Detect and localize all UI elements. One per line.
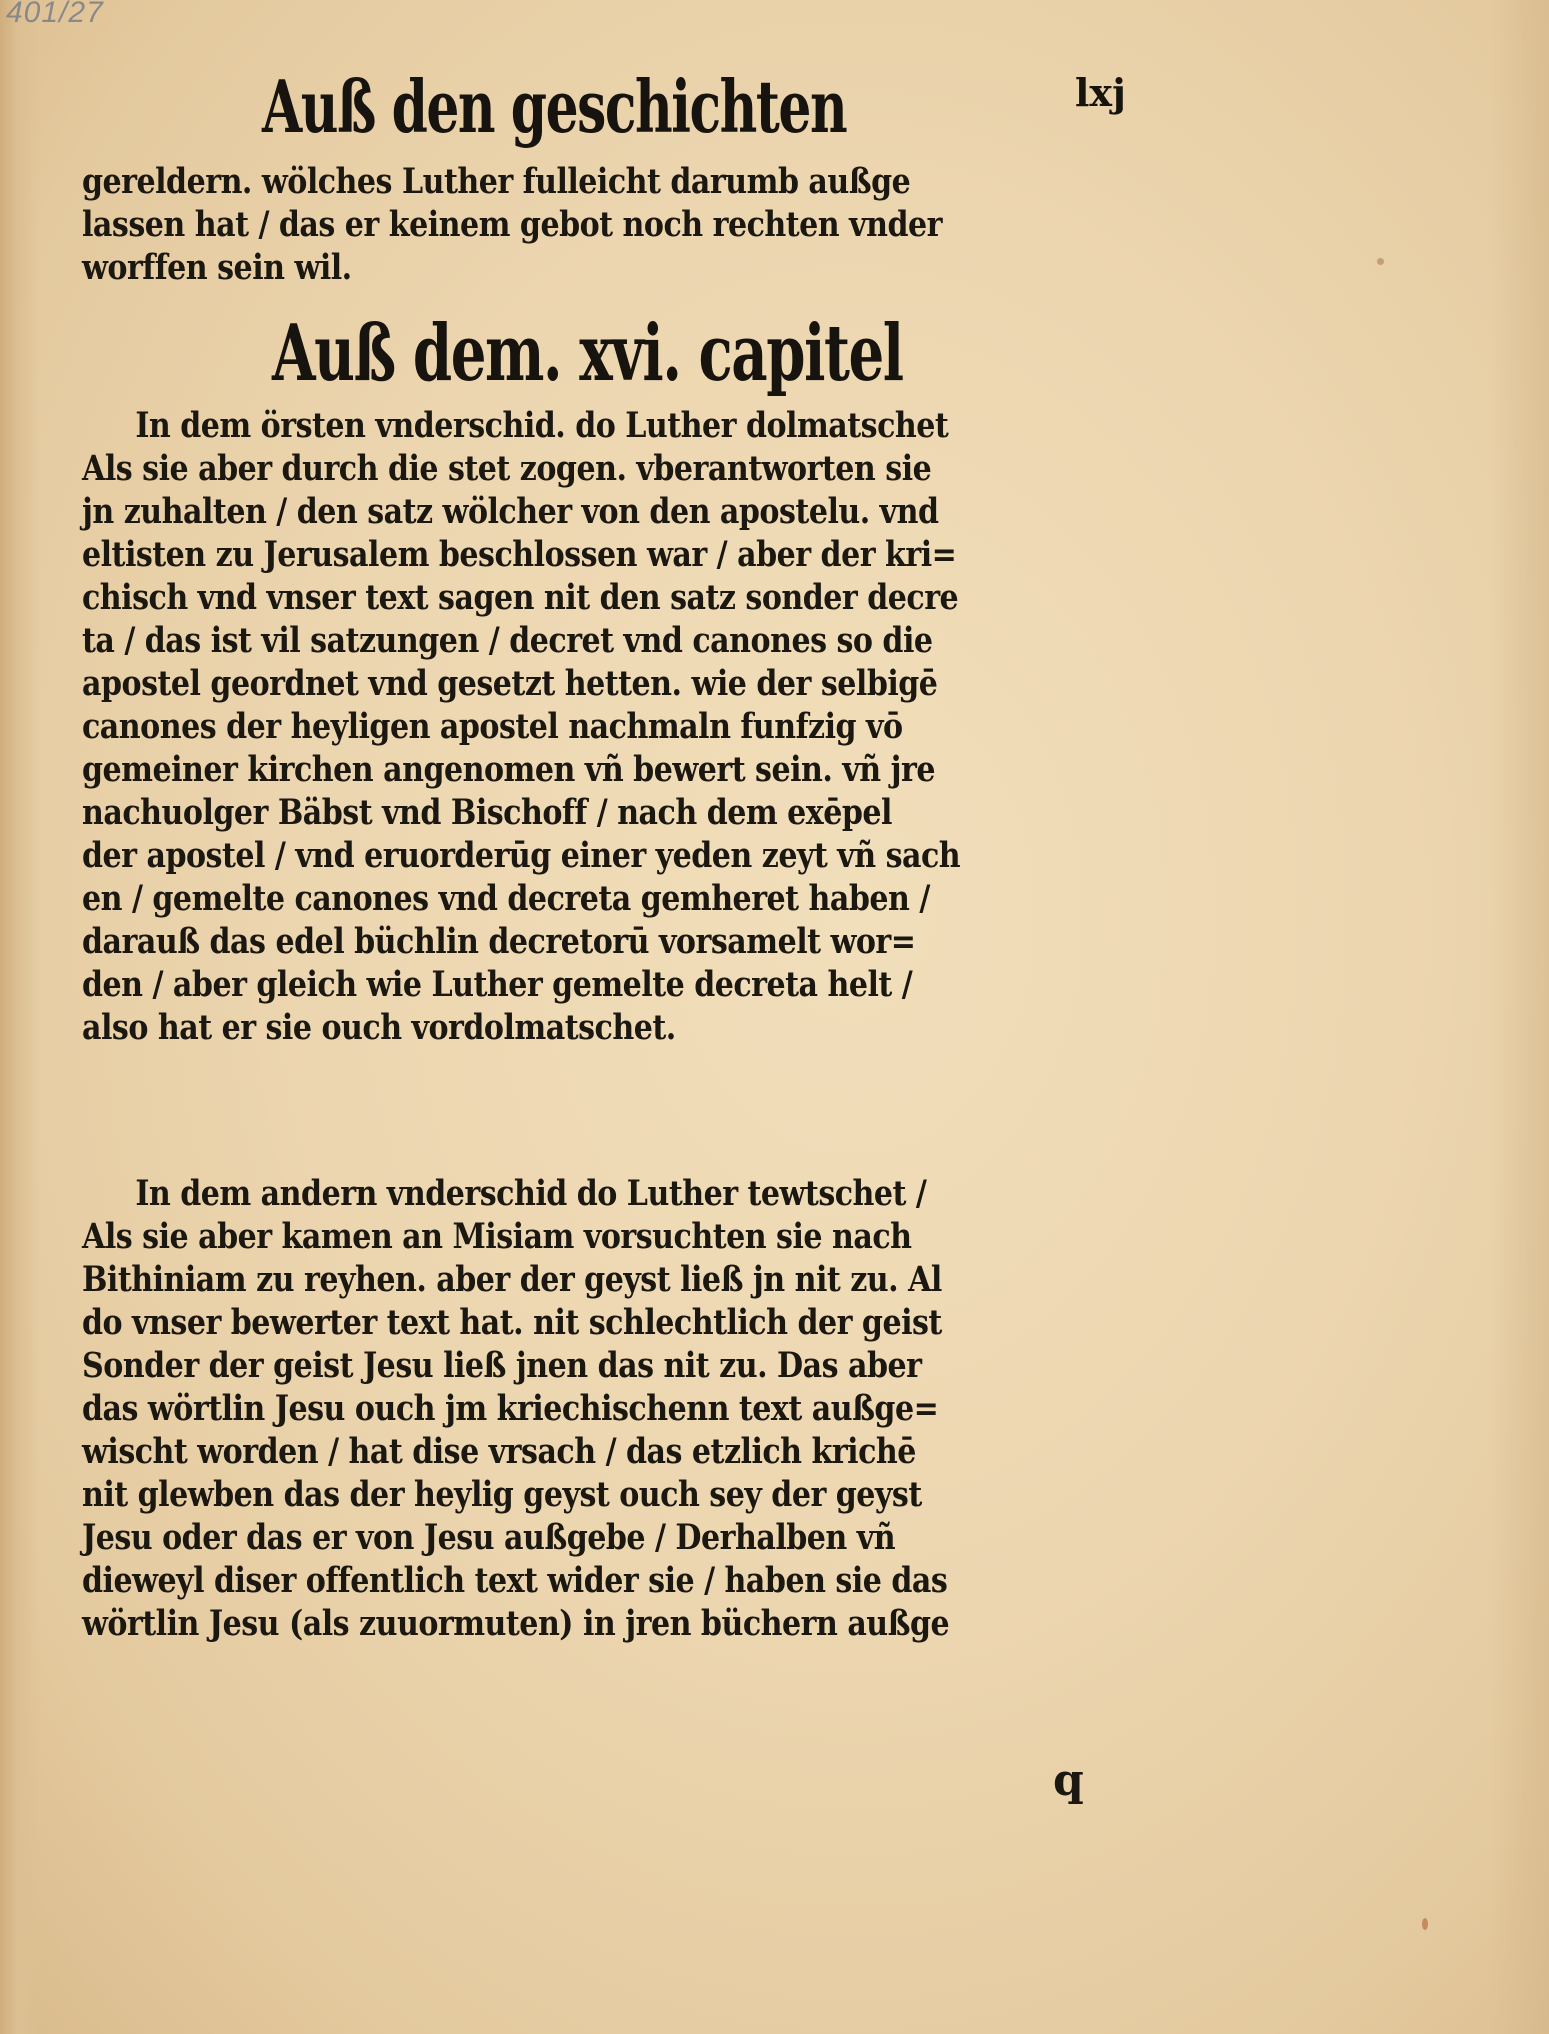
text-line: Als sie aber durch die stet zogen. vbera… <box>82 447 1011 490</box>
text-line: gemeiner kirchen angenomen vñ bewert sei… <box>82 748 1011 791</box>
text-line: wischt worden / hat dise vrsach / das et… <box>82 1430 1011 1473</box>
library-stamp: 401/27 <box>6 0 104 30</box>
text-line: jn zuhalten / den satz wölcher von den a… <box>82 490 1011 533</box>
text-line: canones der heyligen apostel nachmaln fu… <box>82 705 1011 748</box>
text-line: do vnser bewerter text hat. nit schlecht… <box>82 1301 1011 1344</box>
text-line: en / gemelte canones vnd decreta gemhere… <box>82 877 1011 920</box>
text-line: wörtlin Jesu (als zuuormuten) in jren bü… <box>82 1602 1011 1645</box>
text-line: apostel geordnet vnd gesetzt hetten. wie… <box>82 662 1011 705</box>
running-head: Auß den geschichten <box>262 64 846 149</box>
text-line: chisch vnd vnser text sagen nit den satz… <box>82 576 1011 619</box>
text-line: gereldern. wölches Luther fulleicht daru… <box>82 160 1011 203</box>
folio-number: lxj <box>1075 70 1126 115</box>
text-line: worffen sein wil. <box>82 246 1011 289</box>
text-line: das wörtlin Jesu ouch jm kriechischenn t… <box>82 1387 1011 1430</box>
paragraph-1: In dem örsten vnderschid. do Luther dolm… <box>82 404 1162 1049</box>
text-line: der apostel / vnd eruorderūg einer yeden… <box>82 834 1011 877</box>
foxing-spot <box>1377 258 1384 265</box>
text-line: Jesu oder das er von Jesu außgebe / Derh… <box>82 1516 1011 1559</box>
text-line: darauß das edel büchlin decretorū vorsam… <box>82 920 1011 963</box>
text-line: den / aber gleich wie Luther gemelte dec… <box>82 963 1011 1006</box>
text-line: nachuolger Bäbst vnd Bischoff / nach dem… <box>82 791 1011 834</box>
text-line: Sonder der geist Jesu ließ jnen das nit … <box>82 1344 1011 1387</box>
page-edge-shadow-left <box>0 0 40 2034</box>
text-line: dieweyl diser offentlich text wider sie … <box>82 1559 1011 1602</box>
continuation-text: gereldern. wölches Luther fulleicht daru… <box>82 160 1162 289</box>
foxing-spot <box>1422 1918 1428 1930</box>
text-line: eltisten zu Jerusalem beschlossen war / … <box>82 533 1011 576</box>
text-line: also hat er sie ouch vordolmatschet. <box>82 1006 1011 1049</box>
text-line: Als sie aber kamen an Misiam vorsuchten … <box>82 1215 1011 1258</box>
text-line: nit glewben das der heylig geyst ouch se… <box>82 1473 1011 1516</box>
signature-mark: q <box>1053 1755 1084 1806</box>
text-line: ta / das ist vil satzungen / decret vnd … <box>82 619 1011 662</box>
text-line: In dem örsten vnderschid. do Luther dolm… <box>82 404 1011 447</box>
text-line: Bithiniam zu reyhen. aber der geyst ließ… <box>82 1258 1011 1301</box>
page-edge-shadow-right <box>1489 0 1549 2034</box>
text-line: lassen hat / das er keinem gebot noch re… <box>82 203 1011 246</box>
text-line: In dem andern vnderschid do Luther tewts… <box>82 1172 1011 1215</box>
chapter-heading: Auß dem. xvi. capitel <box>272 308 903 399</box>
paragraph-2: In dem andern vnderschid do Luther tewts… <box>82 1172 1162 1645</box>
